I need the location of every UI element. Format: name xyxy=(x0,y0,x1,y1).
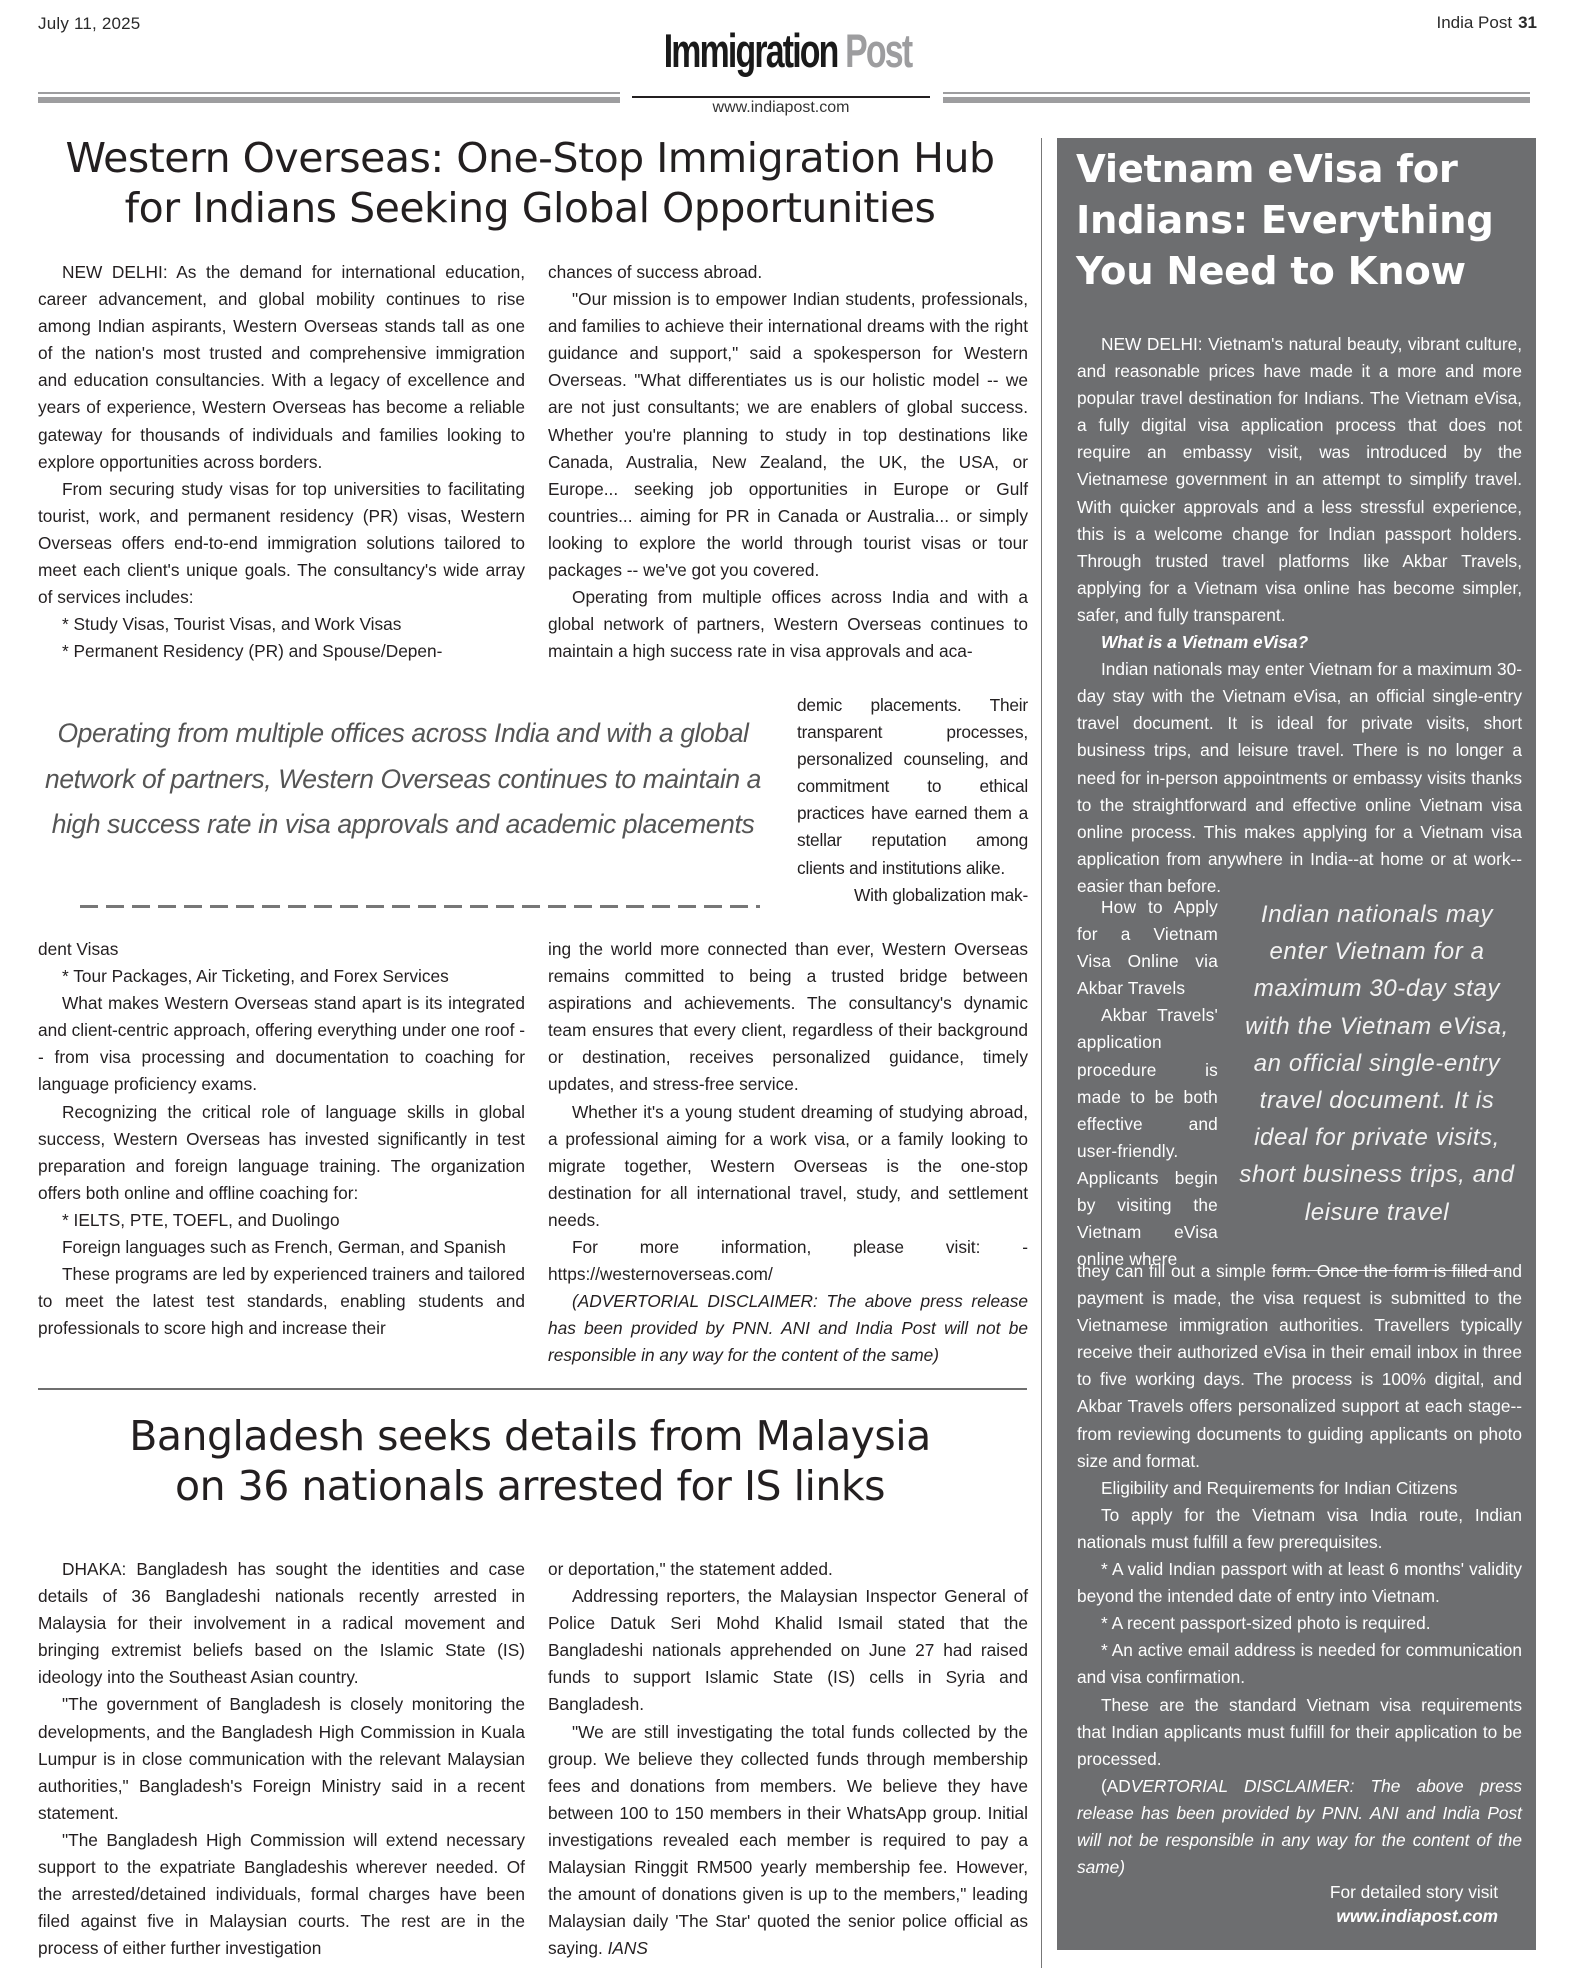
column-divider xyxy=(1041,138,1042,1968)
article2-paragraph: or deportation," the statement added. xyxy=(548,1556,1028,1583)
masthead-rule-left-thin xyxy=(38,92,620,94)
article1-disclaimer: (ADVERTORIAL DISCLAIMER: The above press… xyxy=(548,1288,1028,1369)
article1-link-paragraph[interactable]: For more information, please visit: - ht… xyxy=(548,1234,1028,1288)
article2-col1: DHAKA: Bangladesh has sought the identit… xyxy=(38,1556,525,1962)
sidebar-paragraph: Akbar Travels' application procedure is … xyxy=(1077,1002,1218,1273)
page-label: India Post31 xyxy=(1436,13,1537,33)
article1-list-item: * Study Visas, Tourist Visas, and Work V… xyxy=(38,611,525,638)
masthead-logo-immigration: Immigration xyxy=(664,24,838,77)
sidebar-paragraph: These are the standard Vietnam visa requ… xyxy=(1077,1692,1522,1773)
article-separator xyxy=(38,1388,1027,1390)
sidebar-subheading: Eligibility and Requirements for Indian … xyxy=(1077,1475,1522,1502)
article1-paragraph: NEW DELHI: As the demand for internation… xyxy=(38,259,525,476)
issue-date: July 11, 2025 xyxy=(38,14,140,34)
sidebar-headline-line3: You Need to Know xyxy=(1076,246,1516,297)
sidebar-paragraph: To apply for the Vietnam visa India rout… xyxy=(1077,1502,1522,1556)
masthead-rule-center xyxy=(632,96,930,98)
sidebar-vietnam-evisa: Vietnam eVisa for Indians: Everything Yo… xyxy=(1057,138,1536,1950)
masthead-logo: Immigration Post xyxy=(221,24,1355,78)
sidebar-body-narrow: How to Apply for a Vietnam Visa Online v… xyxy=(1077,894,1218,1273)
article1-paragraph: chances of success abroad. xyxy=(548,259,1028,286)
page-number: 31 xyxy=(1518,13,1537,32)
sidebar-paragraph: Indian nationals may enter Vietnam for a… xyxy=(1077,656,1522,900)
article2-paragraph-text: "We are still investigating the total fu… xyxy=(548,1722,1028,1959)
article1-paragraph: Operating from multiple offices across I… xyxy=(548,584,1028,665)
sidebar-requirement-item: * A recent passport-sized photo is requi… xyxy=(1077,1610,1522,1637)
article2-paragraph: "The government of Bangladesh is closely… xyxy=(38,1691,525,1826)
article2-col2: or deportation," the statement added. Ad… xyxy=(548,1556,1028,1962)
sidebar-footer: For detailed story visit www.indiapost.c… xyxy=(1330,1880,1498,1928)
pull-quote-dashed-rule xyxy=(80,905,760,908)
article1-paragraph: ing the world more connected than ever, … xyxy=(548,936,1028,1099)
article1-col2-bottom: ing the world more connected than ever, … xyxy=(548,936,1028,1370)
sidebar-disclaimer-prefix: (AD xyxy=(1101,1776,1131,1796)
article2-paragraph: "We are still investigating the total fu… xyxy=(548,1719,1028,1963)
article2-paragraph: "The Bangladesh High Commission will ext… xyxy=(38,1827,525,1962)
article1-paragraph: These programs are led by experienced tr… xyxy=(38,1261,525,1342)
sidebar-headline: Vietnam eVisa for Indians: Everything Yo… xyxy=(1076,144,1516,297)
article1-col1-bottom: dent Visas * Tour Packages, Air Ticketin… xyxy=(38,936,525,1342)
article1-paragraph: What makes Western Overseas stand apart … xyxy=(38,990,525,1098)
sidebar-paragraph: they can fill out a simple form. Once th… xyxy=(1077,1258,1522,1475)
article2-paragraph: DHAKA: Bangladesh has sought the identit… xyxy=(38,1556,525,1691)
sidebar-body-top: NEW DELHI: Vietnam's natural beauty, vib… xyxy=(1077,331,1522,900)
sidebar-paragraph: NEW DELHI: Vietnam's natural beauty, vib… xyxy=(1077,331,1522,629)
article1-list-item: * Tour Packages, Air Ticketing, and Fore… xyxy=(38,963,525,990)
article1-headline-line2: for Indians Seeking Global Opportunities xyxy=(30,183,1030,233)
article1-paragraph: demic placements. Their transparent proc… xyxy=(797,692,1028,882)
article2-headline: Bangladesh seeks details from Malaysia o… xyxy=(30,1411,1030,1511)
article1-col2-top: chances of success abroad. "Our mission … xyxy=(548,259,1028,665)
masthead-rule-left-thick xyxy=(38,97,620,103)
article1-list-item: * IELTS, PTE, TOEFL, and Duolingo xyxy=(38,1207,525,1234)
sidebar-disclaimer-text: VERTORIAL DISCLAIMER: The above press re… xyxy=(1077,1776,1522,1877)
article1-paragraph: Whether it's a young student dreaming of… xyxy=(548,1099,1028,1234)
sidebar-requirement-item: * An active email address is needed for … xyxy=(1077,1637,1522,1691)
section-name: India Post xyxy=(1436,13,1512,32)
article1-pull-quote: Operating from multiple offices across I… xyxy=(38,711,768,848)
article1-col1-top: NEW DELHI: As the demand for internation… xyxy=(38,259,525,665)
article1-paragraph: "Our mission is to empower Indian studen… xyxy=(548,286,1028,584)
sidebar-pull-quote: Indian nationals may enter Vietnam for a… xyxy=(1232,896,1522,1231)
masthead-url[interactable]: www.indiapost.com xyxy=(632,99,930,117)
masthead-rule-right-thick xyxy=(943,97,1530,103)
sidebar-headline-line1: Vietnam eVisa for xyxy=(1076,144,1516,195)
sidebar-body-bottom: they can fill out a simple form. Once th… xyxy=(1077,1258,1522,1881)
article1-paragraph: With globalization mak- xyxy=(797,882,1028,909)
article1-list-item: dent Visas xyxy=(38,936,525,963)
article1-headline: Western Overseas: One-Stop Immigration H… xyxy=(30,133,1030,233)
sidebar-footer-text: For detailed story visit xyxy=(1330,1880,1498,1904)
article1-paragraph: Foreign languages such as French, German… xyxy=(38,1234,525,1261)
article2-headline-line1: Bangladesh seeks details from Malaysia xyxy=(30,1411,1030,1461)
article2-credit: IANS xyxy=(608,1938,648,1958)
sidebar-disclaimer: (ADVERTORIAL DISCLAIMER: The above press… xyxy=(1077,1773,1522,1881)
article1-paragraph: Recognizing the critical role of languag… xyxy=(38,1099,525,1207)
article1-list-item: * Permanent Residency (PR) and Spouse/De… xyxy=(38,638,525,665)
article1-col2-narrow: demic placements. Their transparent proc… xyxy=(797,692,1028,909)
sidebar-requirement-item: * A valid Indian passport with at least … xyxy=(1077,1556,1522,1610)
masthead-logo-post: Post xyxy=(845,24,911,77)
sidebar-footer-link[interactable]: www.indiapost.com xyxy=(1330,1904,1498,1928)
article2-headline-line2: on 36 nationals arrested for IS links xyxy=(30,1461,1030,1511)
masthead-rule-right-thin xyxy=(943,92,1530,94)
sidebar-headline-line2: Indians: Everything xyxy=(1076,195,1516,246)
article1-paragraph: From securing study visas for top univer… xyxy=(38,476,525,611)
sidebar-subheading: What is a Vietnam eVisa? xyxy=(1077,629,1522,656)
article1-headline-line1: Western Overseas: One-Stop Immigration H… xyxy=(30,133,1030,183)
sidebar-subheading: How to Apply for a Vietnam Visa Online v… xyxy=(1077,894,1218,1002)
article2-paragraph: Addressing reporters, the Malaysian Insp… xyxy=(548,1583,1028,1718)
